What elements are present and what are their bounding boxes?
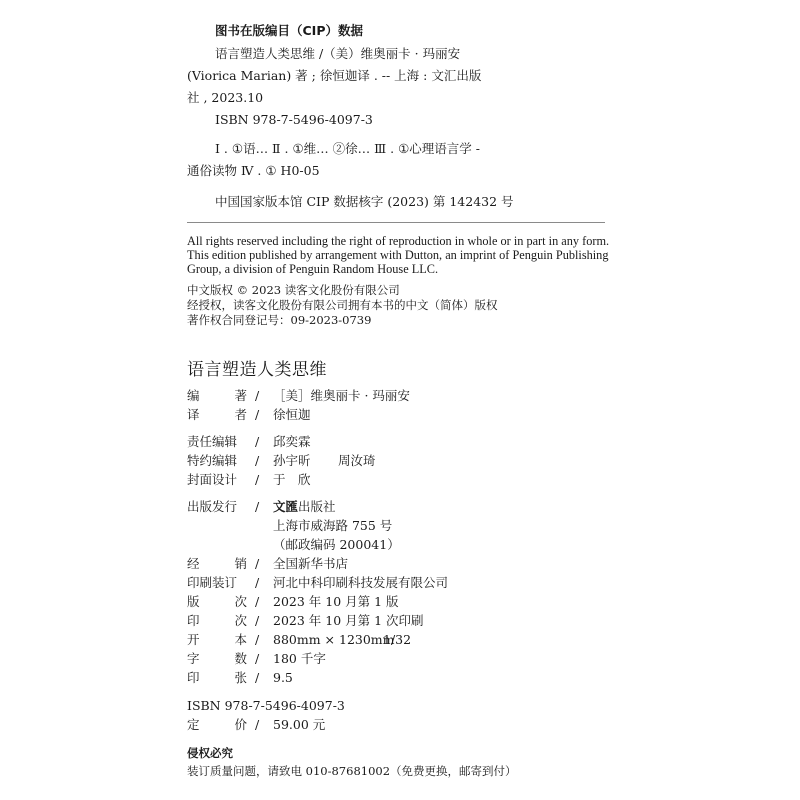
separator: / bbox=[255, 406, 259, 424]
spec-value: 河北中科印刷科技发展有限公司 bbox=[273, 574, 448, 592]
quality-contact-note: 装订质量问题，请致电 010-87681002（免费更换，邮寄到付） bbox=[187, 763, 517, 779]
spec-value: 880mm × 1230mm bbox=[273, 631, 395, 649]
credit-value: 孙宇昕 bbox=[273, 452, 311, 470]
spec-label: 印次 bbox=[187, 612, 247, 630]
credit-value: 徐恒迦 bbox=[273, 406, 311, 424]
separator: / bbox=[255, 650, 259, 668]
publisher-name: 文匯出版社 bbox=[273, 498, 336, 516]
spec-label: 字数 bbox=[187, 650, 247, 668]
cip-line-1: 语言塑造人类思维 /（美）维奥丽卡 · 玛丽安 bbox=[215, 44, 460, 64]
cip-isbn: ISBN 978-7-5496-4097-3 bbox=[215, 110, 373, 130]
separator: / bbox=[255, 433, 259, 451]
cip-divider bbox=[187, 222, 605, 223]
rights-english-2: This edition published by arrangement wi… bbox=[187, 248, 608, 262]
separator: / bbox=[255, 612, 259, 630]
credit-label: 特约编辑 bbox=[187, 452, 247, 470]
spec-value: 2023 年 10 月第 1 版 bbox=[273, 593, 399, 611]
separator: / bbox=[255, 669, 259, 687]
copyright-warning: 侵权必究 bbox=[187, 745, 233, 761]
cip-record-number: 中国国家版本馆 CIP 数据核字 (2023) 第 142432 号 bbox=[215, 192, 514, 212]
rights-english-1: All rights reserved including the right … bbox=[187, 234, 609, 248]
price-label: 定价 bbox=[187, 716, 247, 734]
isbn: ISBN 978-7-5496-4097-3 bbox=[187, 697, 345, 715]
separator: / bbox=[255, 555, 259, 573]
credit-label: 译者 bbox=[187, 406, 247, 424]
cip-classification-1: Ⅰ . ①语… Ⅱ . ①维… ②徐… Ⅲ . ①心理语言学 - bbox=[215, 139, 480, 159]
credit-value: ［美］维奥丽卡 · 玛丽安 bbox=[273, 387, 410, 405]
spec-label: 经销 bbox=[187, 555, 247, 573]
credit-label: 责任编辑 bbox=[187, 433, 247, 451]
credit-value: 邱奕霖 bbox=[273, 433, 311, 451]
spec-value: 全国新华书店 bbox=[273, 555, 348, 573]
spec-label: 印刷装订 bbox=[187, 574, 247, 592]
spec-value: 2023 年 10 月第 1 次印刷 bbox=[273, 612, 424, 630]
rights-english-3: Group, a division of Penguin Random Hous… bbox=[187, 262, 438, 276]
cip-classification-2: 通俗读物 Ⅳ . ① H0-05 bbox=[187, 161, 320, 181]
separator: / bbox=[255, 716, 259, 734]
credit-label: 封面设计 bbox=[187, 471, 247, 489]
separator: / bbox=[255, 498, 259, 516]
book-title: 语言塑造人类思维 bbox=[187, 355, 327, 380]
publisher-logo-text: 文匯 bbox=[273, 499, 298, 514]
credit-value-2: 周汝琦 bbox=[338, 452, 376, 470]
separator: / bbox=[255, 593, 259, 611]
price-value: 59.00 元 bbox=[273, 716, 325, 734]
spec-value: 180 千字 bbox=[273, 650, 326, 668]
separator: / bbox=[255, 452, 259, 470]
separator: / bbox=[255, 574, 259, 592]
spec-label: 开本 bbox=[187, 631, 247, 649]
cip-line-2: (Viorica Marian) 著 ; 徐恒迦译 . -- 上海 : 文汇出版 bbox=[187, 66, 481, 86]
spec-label: 印张 bbox=[187, 669, 247, 687]
separator: / bbox=[255, 631, 259, 649]
rights-chinese-3: 著作权合同登记号：09-2023-0739 bbox=[187, 313, 371, 328]
spec-value-2: 1/32 bbox=[383, 631, 411, 649]
credit-value: 于 欣 bbox=[273, 471, 311, 489]
spec-value: 9.5 bbox=[273, 669, 293, 687]
separator: / bbox=[255, 387, 259, 405]
rights-chinese-2: 经授权，读客文化股份有限公司拥有本书的中文（简体）版权 bbox=[187, 298, 498, 313]
credit-label: 编著 bbox=[187, 387, 247, 405]
rights-chinese-1: 中文版权 © 2023 读客文化股份有限公司 bbox=[187, 283, 400, 298]
publisher-label: 出版发行 bbox=[187, 498, 247, 516]
cip-heading: 图书在版编目（CIP）数据 bbox=[215, 21, 363, 39]
spec-label: 版次 bbox=[187, 593, 247, 611]
separator: / bbox=[255, 471, 259, 489]
cip-line-3: 社 , 2023.10 bbox=[187, 88, 263, 108]
